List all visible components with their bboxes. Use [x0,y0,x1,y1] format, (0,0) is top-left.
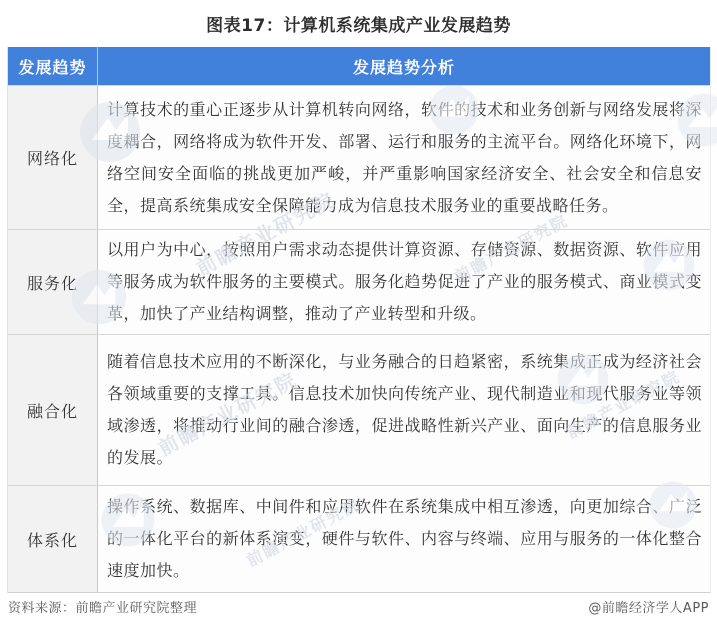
table-row: 服务化 以用户为中心，按照用户需求动态提供计算资源、存储资源、数据资源、软件应用… [8,229,710,334]
analysis-cell: 计算技术的重心正逐步从计算机转向网络，软件的技术和业务创新与网络发展将深度耦合，… [98,86,710,229]
header-cell-trend: 发展趋势 [8,47,98,85]
table-header-row: 发展趋势 发展趋势分析 [8,47,710,85]
trend-cell: 服务化 [8,230,98,334]
source-note: 资料来源：前瞻产业研究院整理 [8,597,197,616]
table-row: 融合化 随着信息技术应用的不断深化，与业务融合的日趋紧密，系统集成正成为经济社会… [8,334,710,485]
trend-cell: 网络化 [8,86,98,229]
analysis-cell: 操作系统、数据库、中间件和应用软件在系统集成中相互渗透，向更加综合、广泛的一体化… [98,486,710,592]
header-cell-analysis: 发展趋势分析 [98,47,710,85]
brand-note: @前瞻经济学人APP [588,597,709,616]
analysis-cell: 随着信息技术应用的不断深化，与业务融合的日趋紧密，系统集成正成为经济社会各领域重… [98,335,710,485]
report-figure-page: 图表17：计算机系统集成产业发展趋势 发展趋势 发展趋势分析 网络化 计算技术的… [0,0,717,631]
page-title: 图表17：计算机系统集成产业发展趋势 [0,11,717,36]
analysis-cell: 以用户为中心，按照用户需求动态提供计算资源、存储资源、数据资源、软件应用等服务成… [98,230,710,334]
table-row: 体系化 操作系统、数据库、中间件和应用软件在系统集成中相互渗透，向更加综合、广泛… [8,485,710,592]
trend-cell: 融合化 [8,335,98,485]
trend-table: 发展趋势 发展趋势分析 网络化 计算技术的重心正逐步从计算机转向网络，软件的技术… [7,47,711,593]
trend-cell: 体系化 [8,486,98,592]
table-row: 网络化 计算技术的重心正逐步从计算机转向网络，软件的技术和业务创新与网络发展将深… [8,85,710,229]
